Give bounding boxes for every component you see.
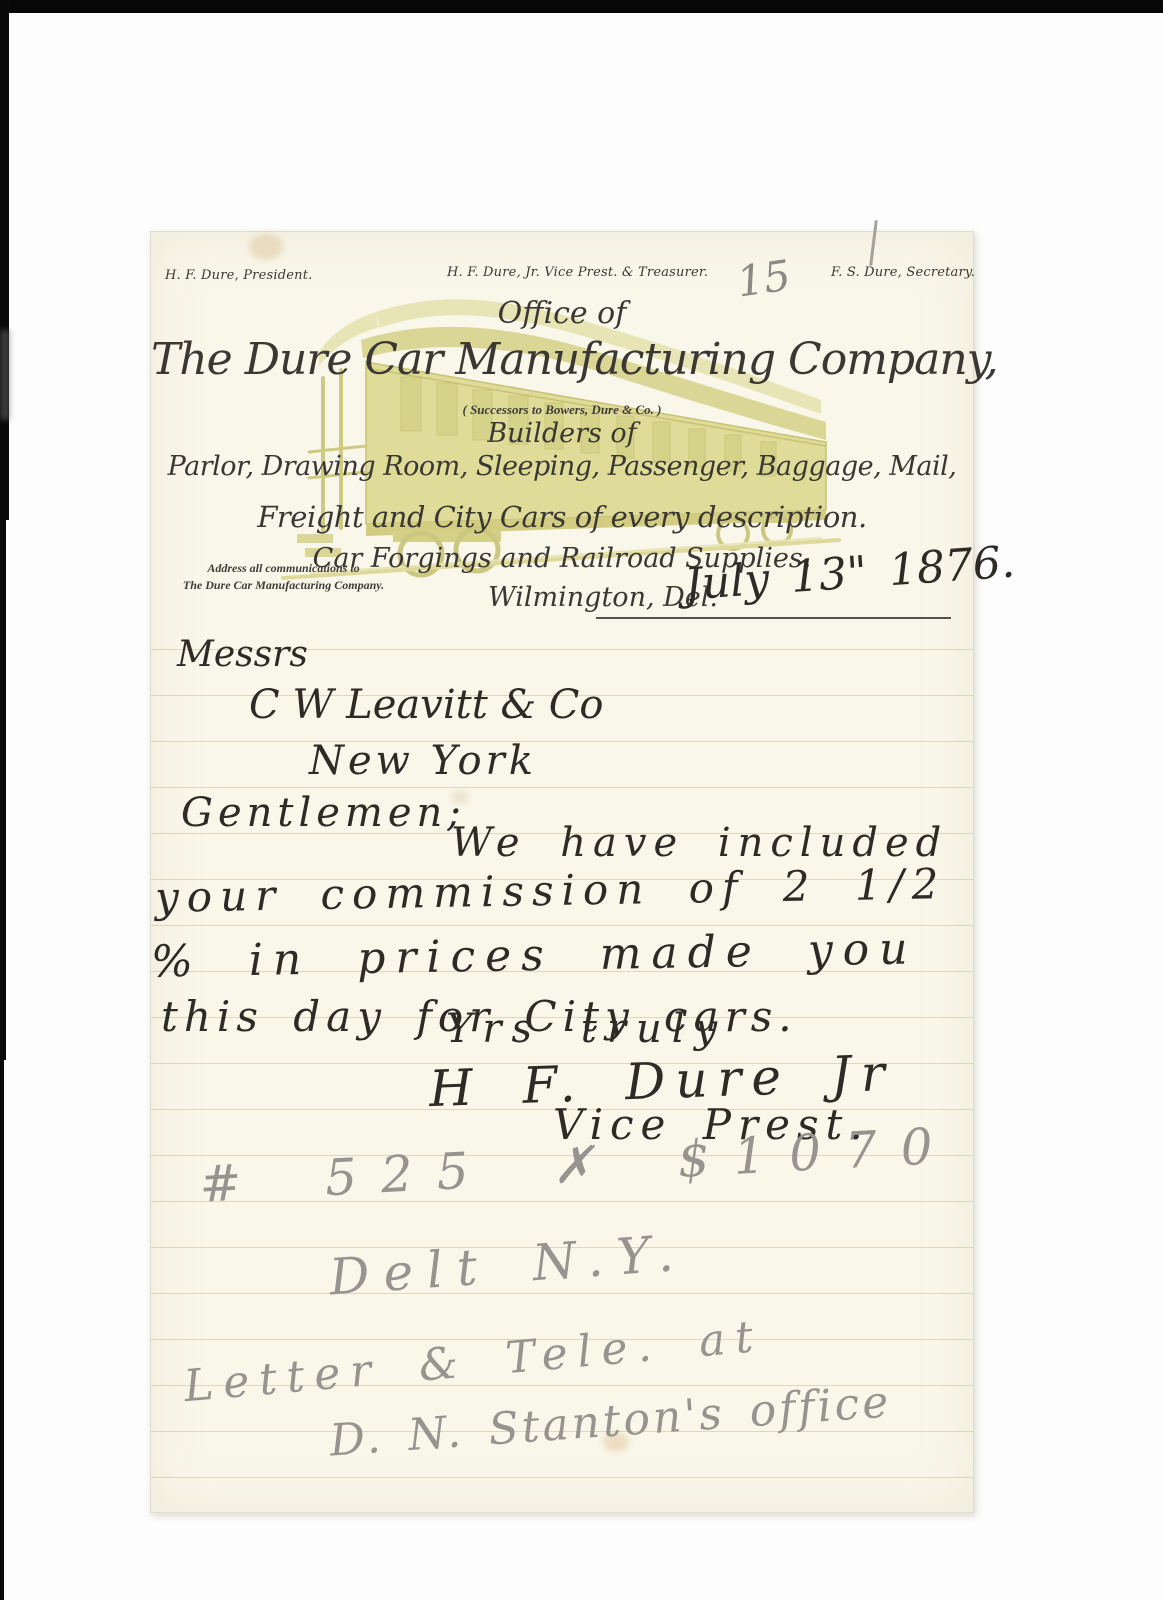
officer-vice-president: H. F. Dure, Jr. Vice Prest. & Treasurer. xyxy=(447,265,708,280)
company-name: The Dure Car Manufacturing Company, xyxy=(151,334,973,385)
salutation: Gentlemen; xyxy=(181,790,466,836)
address-note-line-2: The Dure Car Manufacturing Company. xyxy=(183,578,384,592)
stray-pencil-mark xyxy=(869,220,878,266)
office-of: Office of xyxy=(151,296,973,331)
letter-paper: H. F. Dure, President. H. F. Dure, Jr. V… xyxy=(150,231,974,1513)
closing: Yrs truly xyxy=(446,1006,727,1052)
officer-secretary: F. S. Dure, Secretary. xyxy=(831,265,975,280)
products-line-2: Freight and City Cars of every descripti… xyxy=(151,500,973,534)
successors-note: ( Successors to Bowers, Dure & Co. ) xyxy=(151,402,973,418)
recipient-messrs: Messrs xyxy=(177,634,308,675)
officer-president: H. F. Dure, President. xyxy=(165,268,312,283)
address-note: Address all communications to The Dure C… xyxy=(166,560,401,594)
recipient-company: C W Leavitt & Co xyxy=(249,682,604,728)
dateline-rule xyxy=(596,617,951,619)
body-line-1: We have included xyxy=(451,820,948,866)
scan-smudge xyxy=(0,330,10,420)
recipient-city: New York xyxy=(309,738,537,784)
scan-border-top xyxy=(0,0,1163,13)
address-note-line-1: Address all communications to xyxy=(207,561,359,575)
builders-of: Builders of xyxy=(151,418,973,449)
scanned-letter: H. F. Dure, President. H. F. Dure, Jr. V… xyxy=(0,0,1163,1600)
products-line-1: Parlor, Drawing Room, Sleeping, Passenge… xyxy=(151,451,973,482)
age-stain xyxy=(249,234,283,260)
dateline-place: Wilmington, Del. xyxy=(488,582,718,613)
scan-border-left xyxy=(0,0,9,520)
pencil-number: 15 xyxy=(734,251,794,307)
scan-border-left xyxy=(0,520,6,1060)
scan-border-left xyxy=(0,1060,4,1600)
